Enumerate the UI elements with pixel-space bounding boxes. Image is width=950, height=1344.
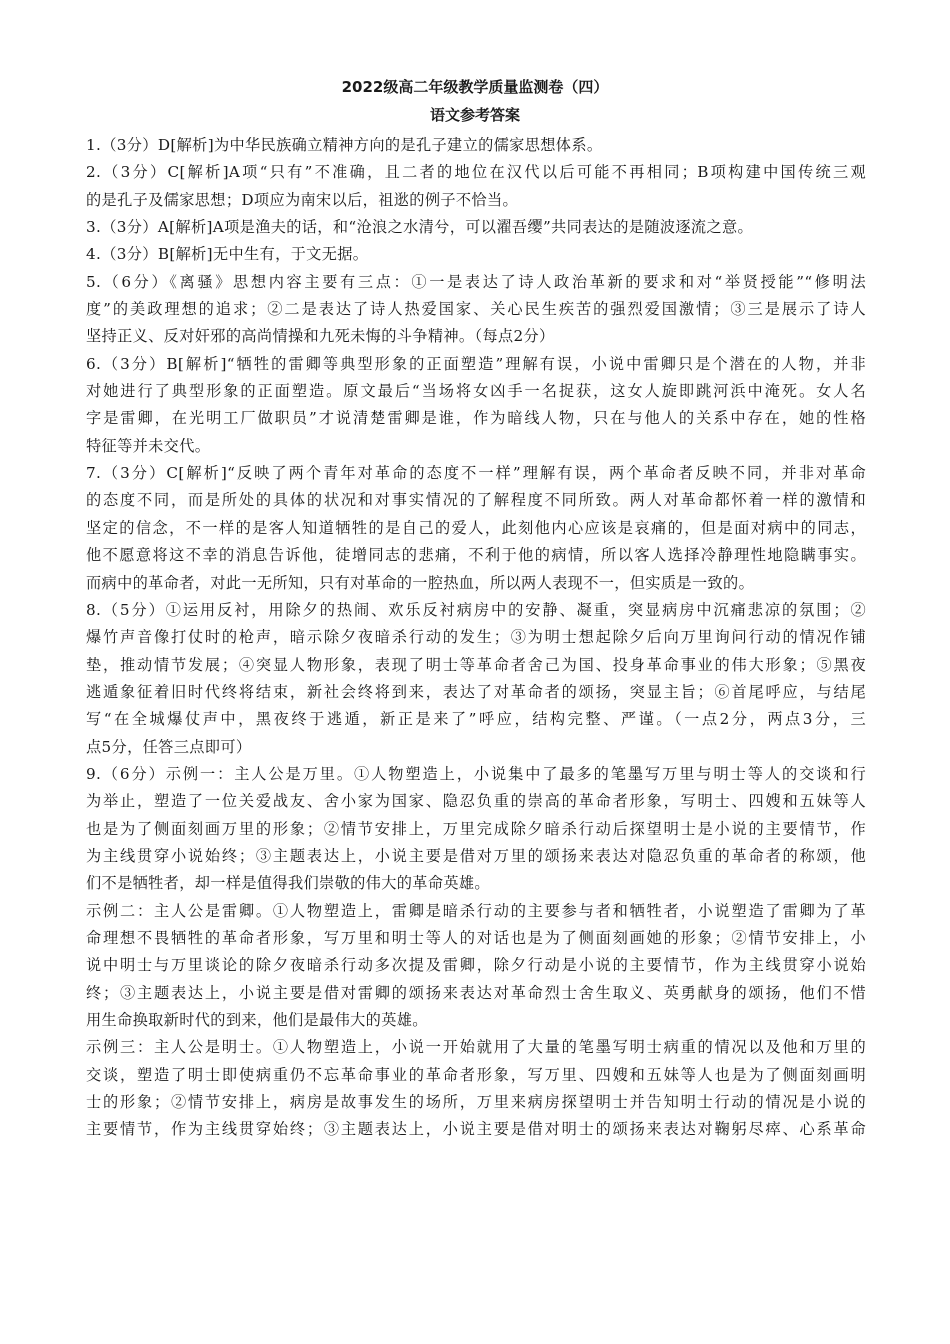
document-subtitle: 语文参考答案 — [0, 104, 950, 126]
answer-sheet-page: 2022级高二年级教学质量监测卷（四） 语文参考答案 1.（3分）D[解析]为中… — [0, 0, 950, 1344]
text-line: 为举止，塑造了一位关爱战友、舍小家为国家、隐忍负重的崇高的革命者形象，写明士、四… — [86, 788, 866, 815]
text-line: 3.（3分）A[解析]A项是渔夫的话，和“沧浪之水清兮，可以濯吾缨”共同表达的是… — [86, 214, 866, 241]
text-line: 爆竹声音像打仗时的枪声，暗示除夕夜暗杀行动的发生；③为明士想起除夕后向万里询问行… — [86, 624, 866, 651]
text-line: 垫，推动情节发展；④突显人物形象，表现了明士等革命者舍己为国、投身革命事业的伟大… — [86, 652, 866, 679]
answer-body: 1.（3分）D[解析]为中华民族确立精神方向的是孔子建立的儒家思想体系。2.（3… — [86, 132, 866, 1144]
text-line: 为主线贯穿小说始终；③主题表达上，小说主要是借对万里的颂扬来表达对隐忍负重的革命… — [86, 843, 866, 870]
text-line: 命理想不畏牺牲的革命者形象，写万里和明士等人的对话也是为了侧面刻画她的形象；②情… — [86, 925, 866, 952]
text-line: 1.（3分）D[解析]为中华民族确立精神方向的是孔子建立的儒家思想体系。 — [86, 132, 866, 159]
text-line: 说中明士与万里谈论的除夕夜暗杀行动多次提及雷卿，除夕行动是小说的主要情节，作为主… — [86, 952, 866, 979]
text-line: 特征等并未交代。 — [86, 433, 866, 460]
text-line: 的是孔子及儒家思想；D项应为南宋以后，祖逖的例子不恰当。 — [86, 187, 866, 214]
text-line: 对她进行了典型形象的正面塑造。原文最后“当场将女凶手一名捉获，这女人旋即跳河浜中… — [86, 378, 866, 405]
text-line: 交谈，塑造了明士即使病重仍不忘革命事业的革命者形象，写万里、四嫂和五妹等人也是为… — [86, 1062, 866, 1089]
text-line: 5.（6分）《离骚》思想内容主要有三点：①一是表达了诗人政治革新的要求和对“举贤… — [86, 269, 866, 296]
text-line: 他不愿意将这不幸的消息告诉他，徒增同志的悲痛，不利于他的病情，所以客人选择冷静理… — [86, 542, 866, 569]
text-line: 8.（5分）①运用反衬，用除夕的热闹、欢乐反衬病房中的安静、凝重，突显病房中沉痛… — [86, 597, 866, 624]
text-line: 们不是牺牲者，却一样是值得我们崇敬的伟大的革命英雄。 — [86, 870, 866, 897]
text-line: 坚定的信念，不一样的是客人知道牺牲的是自己的爱人，此刻他内心应该是哀痛的，但是面… — [86, 515, 866, 542]
text-line: 2.（3分）C[解析]A项“只有”不准确，且二者的地位在汉代以后可能不再相同；B… — [86, 159, 866, 186]
text-line: 度”的美政理想的追求；②二是表达了诗人热爱国家、关心民生疾苦的强烈爱国激情；③三… — [86, 296, 866, 323]
text-line: 9.（6分）示例一：主人公是万里。①人物塑造上，小说集中了最多的笔墨写万里与明士… — [86, 761, 866, 788]
text-line: 写“在全城爆仗声中，黑夜终于逃遁，新正是来了”呼应，结构完整、严谨。（一点2分，… — [86, 706, 866, 733]
text-line: 坚持正义、反对奸邪的高尚情操和九死未悔的斗争精神。（每点2分） — [86, 323, 866, 350]
text-line: 逃遁象征着旧时代终将结束，新社会终将到来，表达了对革命者的颂扬，突显主旨；⑥首尾… — [86, 679, 866, 706]
text-line: 而病中的革命者，对此一无所知，只有对革命的一腔热血，所以两人表现不一，但实质是一… — [86, 570, 866, 597]
document-title: 2022级高二年级教学质量监测卷（四） — [0, 76, 950, 98]
text-line: 主要情节，作为主线贯穿始终；③主题表达上，小说主要是借对明士的颂扬来表达对鞠躬尽… — [86, 1116, 866, 1143]
text-line: 示例三：主人公是明士。①人物塑造上，小说一开始就用了大量的笔墨写明士病重的情况以… — [86, 1034, 866, 1061]
text-line: 用生命换取新时代的到来，他们是最伟大的英雄。 — [86, 1007, 866, 1034]
text-line: 示例二：主人公是雷卿。①人物塑造上，雷卿是暗杀行动的主要参与者和牺牲者，小说塑造… — [86, 898, 866, 925]
text-line: 终；③主题表达上，小说主要是借对雷卿的颂扬来表达对革命烈士舍生取义、英勇献身的颂… — [86, 980, 866, 1007]
text-line: 士的形象；②情节安排上，病房是故事发生的场所，万里来病房探望明士并告知明士行动的… — [86, 1089, 866, 1116]
text-line: 6.（3分）B[解析]“牺牲的雷卿等典型形象的正面塑造”理解有误，小说中雷卿只是… — [86, 351, 866, 378]
text-line: 也是为了侧面刻画万里的形象；②情节安排上，万里完成除夕暗杀行动后探望明士是小说的… — [86, 816, 866, 843]
text-line: 4.（3分）B[解析]无中生有，于文无据。 — [86, 241, 866, 268]
text-line: 点5分，任答三点即可） — [86, 734, 866, 761]
text-line: 的态度不同，而是所处的具体的状况和对事实情况的了解程度不同所致。两人对革命都怀着… — [86, 487, 866, 514]
text-line: 字是雷卿，在光明工厂做职员”才说清楚雷卿是谁，作为暗线人物，只在与他人的关系中存… — [86, 405, 866, 432]
text-line: 7.（3分）C[解析]“反映了两个青年对革命的态度不一样”理解有误，两个革命者反… — [86, 460, 866, 487]
